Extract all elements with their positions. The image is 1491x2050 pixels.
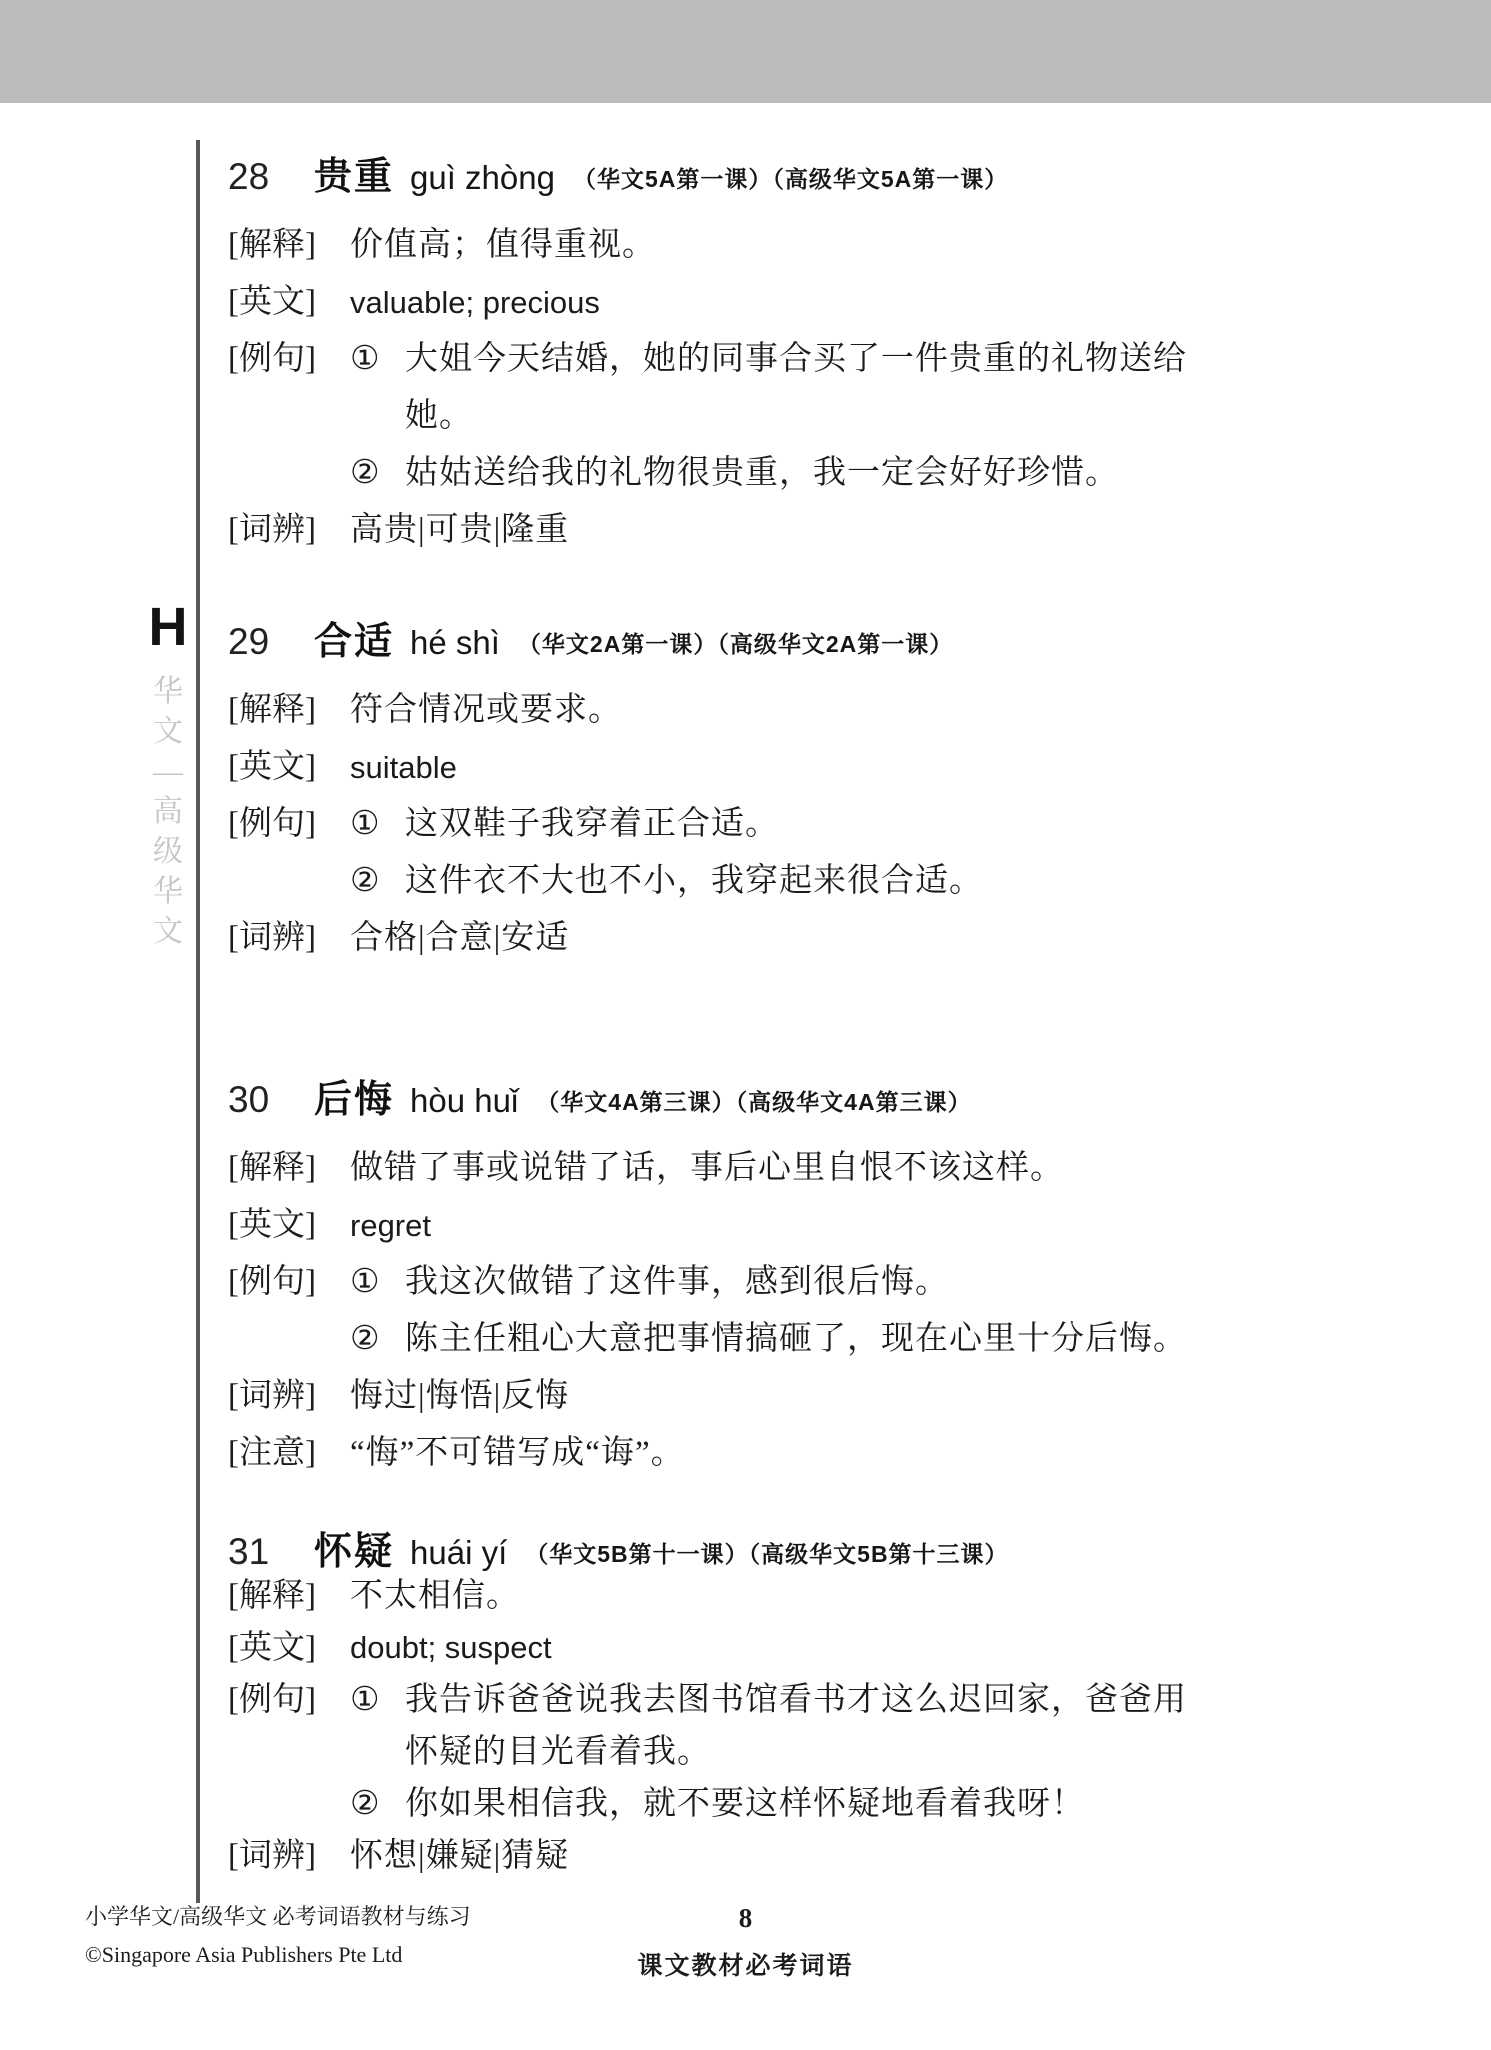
entry-row: [英文]suitable (228, 739, 1468, 796)
entry-pinyin: huái yí (410, 1534, 507, 1572)
entry-row: [解释]符合情况或要求。 (228, 682, 1468, 739)
example-number: ① (350, 1254, 405, 1311)
row-label: [英文] (228, 274, 350, 331)
entry-body: [解释]做错了事或说错了话，事后心里自恨不该这样。[英文]regret[例句]①… (228, 1140, 1468, 1482)
entry-row: [词辨]合格|合意|安适 (228, 910, 1468, 967)
row-label: [解释] (228, 1570, 350, 1622)
entry-header: 29合适hé shì（华文2A第一课）（高级华文2A第一课） (228, 610, 1468, 674)
example-line: 这双鞋子我穿着正合适。 (405, 796, 779, 853)
entry-number: 29 (228, 621, 314, 663)
entry-row: [解释]不太相信。 (228, 1570, 1468, 1622)
example-line: 大姐今天结婚，她的同事合买了一件贵重的礼物送给 (405, 331, 1187, 388)
row-content: ①我这次做错了这件事，感到很后悔。②陈主任粗心大意把事情搞砸了，现在心里十分后悔… (350, 1254, 1187, 1368)
entry-word: 后悔 (314, 1068, 394, 1123)
entry-number: 28 (228, 156, 314, 198)
entry-word: 合适 (314, 610, 394, 665)
sidebar-vertical-char: 文 (153, 716, 183, 747)
row-content: 符合情况或要求。 (350, 682, 622, 739)
sidebar-vertical-char: 高 (153, 796, 183, 827)
sidebar-vertical-label: 华 文 — 高 级 华 文 (138, 676, 198, 947)
example-number: ① (350, 796, 405, 853)
example-line: 怀疑的目光看着我。 (405, 1726, 1187, 1778)
row-label: [英文] (228, 739, 350, 796)
example-line: 这件衣不大也不小，我穿起来很合适。 (405, 853, 983, 910)
example-number: ① (350, 1674, 405, 1778)
row-content: suitable (350, 739, 457, 796)
example-sentence: ②陈主任粗心大意把事情搞砸了，现在心里十分后悔。 (350, 1311, 1187, 1368)
example-line: 陈主任粗心大意把事情搞砸了，现在心里十分后悔。 (405, 1311, 1187, 1368)
row-label: [词辨] (228, 910, 350, 967)
vocabulary-entry: 28贵重guì zhòng（华文5A第一课）（高级华文5A第一课）[解释]价值高… (228, 145, 1468, 559)
row-label: [例句] (228, 331, 350, 502)
row-content: ①我告诉爸爸说我去图书馆看书才这么迟回家，爸爸用怀疑的目光看着我。②你如果相信我… (350, 1674, 1187, 1830)
example-sentence: ①这双鞋子我穿着正合适。 (350, 796, 983, 853)
row-label: [例句] (228, 796, 350, 910)
example-number: ① (350, 331, 405, 445)
entry-body: [解释]价值高；值得重视。[英文]valuable; precious[例句]①… (228, 217, 1468, 559)
row-content: valuable; precious (350, 274, 600, 331)
entry-row: [英文]doubt; suspect (228, 1622, 1468, 1674)
example-line: 我告诉爸爸说我去图书馆看书才这么迟回家，爸爸用 (405, 1674, 1187, 1726)
sidebar-vertical-char: 华 (153, 676, 183, 707)
vocabulary-entry: 30后悔hòu huǐ（华文4A第三课）（高级华文4A第三课）[解释]做错了事或… (228, 1068, 1468, 1482)
entry-row: [注意]“悔”不可错写成“诲”。 (228, 1425, 1468, 1482)
example-number: ② (350, 853, 405, 910)
row-label: [词辨] (228, 502, 350, 559)
example-lines: 大姐今天结婚，她的同事合买了一件贵重的礼物送给她。 (405, 331, 1187, 445)
row-content: 怀想|嫌疑|猜疑 (350, 1830, 569, 1882)
example-lines: 我这次做错了这件事，感到很后悔。 (405, 1254, 949, 1311)
row-label: [解释] (228, 217, 350, 274)
sidebar-vertical-char: — (153, 756, 183, 787)
sidebar-vertical-char: 华 (153, 876, 183, 907)
example-number: ② (350, 1778, 405, 1830)
entry-header: 31怀疑huái yí（华文5B第十一课）（高级华文5B第十三课） (228, 1520, 1468, 1570)
entry-body: [解释]符合情况或要求。[英文]suitable[例句]①这双鞋子我穿着正合适。… (228, 682, 1468, 967)
row-content: 不太相信。 (350, 1570, 520, 1622)
row-content: doubt; suspect (350, 1622, 552, 1674)
textbook-page: H 华 文 — 高 级 华 文 28贵重guì zhòng（华文5A第一课）（高… (0, 0, 1491, 2050)
entry-row: [英文]valuable; precious (228, 274, 1468, 331)
example-line: 她。 (405, 388, 1187, 445)
example-lines: 姑姑送给我的礼物很贵重，我一定会好好珍惜。 (405, 445, 1119, 502)
row-content: 高贵|可贵|隆重 (350, 502, 569, 559)
row-label: [英文] (228, 1197, 350, 1254)
sidebar-vertical-char: 级 (153, 836, 183, 867)
page-number: 8 (0, 1903, 1491, 1934)
example-sentence: ①我告诉爸爸说我去图书馆看书才这么迟回家，爸爸用怀疑的目光看着我。 (350, 1674, 1187, 1778)
row-label: [注意] (228, 1425, 350, 1482)
row-label: [英文] (228, 1622, 350, 1674)
example-sentence: ②你如果相信我，就不要这样怀疑地看着我呀！ (350, 1778, 1187, 1830)
entry-row: [词辨]悔过|悔悟|反悔 (228, 1368, 1468, 1425)
example-lines: 我告诉爸爸说我去图书馆看书才这么迟回家，爸爸用怀疑的目光看着我。 (405, 1674, 1187, 1778)
row-content: ①这双鞋子我穿着正合适。②这件衣不大也不小，我穿起来很合适。 (350, 796, 983, 910)
row-label: [词辨] (228, 1368, 350, 1425)
example-line: 姑姑送给我的礼物很贵重，我一定会好好珍惜。 (405, 445, 1119, 502)
entry-pinyin: guì zhòng (410, 159, 555, 197)
entry-lesson-refs: （华文4A第三课）（高级华文4A第三课） (536, 1084, 971, 1117)
vocabulary-entry: 29合适hé shì（华文2A第一课）（高级华文2A第一课）[解释]符合情况或要… (228, 610, 1468, 967)
example-line: 我这次做错了这件事，感到很后悔。 (405, 1254, 949, 1311)
example-lines: 你如果相信我，就不要这样怀疑地看着我呀！ (405, 1778, 1085, 1830)
entry-lesson-refs: （华文5A第一课）（高级华文5A第一课） (573, 161, 1008, 194)
entry-row: [例句]①这双鞋子我穿着正合适。②这件衣不大也不小，我穿起来很合适。 (228, 796, 1468, 910)
sidebar-vertical-char: 文 (153, 916, 183, 947)
example-lines: 陈主任粗心大意把事情搞砸了，现在心里十分后悔。 (405, 1311, 1187, 1368)
entry-row: [例句]①我这次做错了这件事，感到很后悔。②陈主任粗心大意把事情搞砸了，现在心里… (228, 1254, 1468, 1368)
entry-row: [解释]做错了事或说错了话，事后心里自恨不该这样。 (228, 1140, 1468, 1197)
example-lines: 这件衣不大也不小，我穿起来很合适。 (405, 853, 983, 910)
entry-pinyin: hé shì (410, 624, 500, 662)
row-content: “悔”不可错写成“诲”。 (350, 1425, 685, 1482)
row-content: ①大姐今天结婚，她的同事合买了一件贵重的礼物送给她。②姑姑送给我的礼物很贵重，我… (350, 331, 1187, 502)
entry-word: 贵重 (314, 145, 394, 200)
row-content: 合格|合意|安适 (350, 910, 569, 967)
example-line: 你如果相信我，就不要这样怀疑地看着我呀！ (405, 1778, 1085, 1830)
row-label: [解释] (228, 682, 350, 739)
vertical-rule (196, 140, 200, 1903)
row-content: 做错了事或说错了话，事后心里自恨不该这样。 (350, 1140, 1064, 1197)
entry-row: [解释]价值高；值得重视。 (228, 217, 1468, 274)
top-gray-bar (0, 0, 1491, 103)
entry-header: 30后悔hòu huǐ（华文4A第三课）（高级华文4A第三课） (228, 1068, 1468, 1132)
entry-header: 28贵重guì zhòng（华文5A第一课）（高级华文5A第一课） (228, 145, 1468, 209)
example-sentence: ②姑姑送给我的礼物很贵重，我一定会好好珍惜。 (350, 445, 1187, 502)
entry-row: [词辨]高贵|可贵|隆重 (228, 502, 1468, 559)
entry-row: [词辨]怀想|嫌疑|猜疑 (228, 1830, 1468, 1882)
entry-lesson-refs: （华文2A第一课）（高级华文2A第一课） (518, 626, 953, 659)
entry-number: 31 (228, 1531, 314, 1573)
example-sentence: ②这件衣不大也不小，我穿起来很合适。 (350, 853, 983, 910)
example-number: ② (350, 1311, 405, 1368)
row-label: [例句] (228, 1674, 350, 1830)
entry-pinyin: hòu huǐ (410, 1082, 518, 1120)
section-index-letter: H (138, 598, 198, 656)
row-content: 价值高；值得重视。 (350, 217, 656, 274)
entry-number: 30 (228, 1079, 314, 1121)
entry-row: [例句]①大姐今天结婚，她的同事合买了一件贵重的礼物送给她。②姑姑送给我的礼物很… (228, 331, 1468, 502)
example-sentence: ①我这次做错了这件事，感到很后悔。 (350, 1254, 1187, 1311)
entry-body: [解释]不太相信。[英文]doubt; suspect[例句]①我告诉爸爸说我去… (228, 1570, 1468, 1882)
row-content: regret (350, 1197, 431, 1254)
example-lines: 这双鞋子我穿着正合适。 (405, 796, 779, 853)
row-label: [例句] (228, 1254, 350, 1368)
row-label: [词辨] (228, 1830, 350, 1882)
example-number: ② (350, 445, 405, 502)
row-content: 悔过|悔悟|反悔 (350, 1368, 569, 1425)
vocabulary-entry: 31怀疑huái yí（华文5B第十一课）（高级华文5B第十三课）[解释]不太相… (228, 1520, 1468, 1882)
entry-lesson-refs: （华文5B第十一课）（高级华文5B第十三课） (525, 1536, 1008, 1569)
entry-word: 怀疑 (314, 1520, 394, 1575)
entry-row: [例句]①我告诉爸爸说我去图书馆看书才这么迟回家，爸爸用怀疑的目光看着我。②你如… (228, 1674, 1468, 1830)
example-sentence: ①大姐今天结婚，她的同事合买了一件贵重的礼物送给她。 (350, 331, 1187, 445)
entry-row: [英文]regret (228, 1197, 1468, 1254)
row-label: [解释] (228, 1140, 350, 1197)
footer-section-title: 课文教材必考词语 (0, 1946, 1491, 1982)
